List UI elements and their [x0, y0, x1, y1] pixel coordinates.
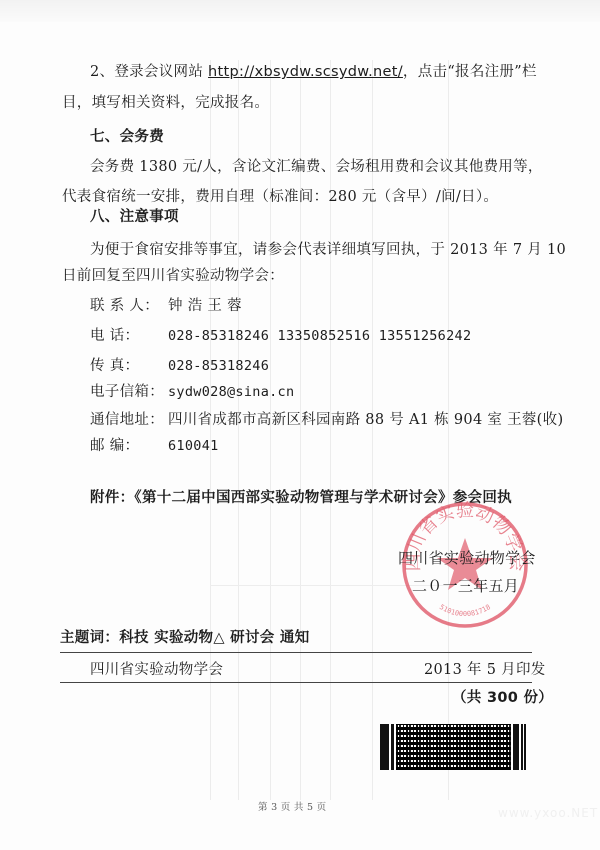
email-value: sydw028@sina.cn: [168, 384, 294, 400]
notes-line-2: 日前回复至四川省实验动物学会：: [62, 266, 284, 286]
seal-serial: 5101000081718: [438, 603, 492, 618]
register-suffix: ，点击“报名注册”栏: [403, 64, 537, 80]
address-label: 通信地址：: [90, 410, 168, 430]
fee-line-2: 代表食宿统一安排，费用自理（标准间：280 元（含早）/间/日）。: [62, 187, 498, 207]
postcode-value: 610041: [168, 438, 219, 454]
section-fee-heading: 七、会务费: [90, 127, 164, 147]
fax-value: 028-85318246: [168, 358, 269, 374]
page-indicator: 第 3 页 共 5 页: [258, 798, 327, 818]
contact-phone: 电 话：028-85318246 13350852516 13551256242: [90, 326, 471, 346]
section-notes-heading: 八、注意事项: [90, 207, 179, 227]
register-continuation: 目，填写相关资料，完成报名。: [62, 93, 269, 113]
contact-value: 钟 浩 王 蓉: [168, 298, 242, 314]
contact-postcode: 邮 编：610041: [90, 436, 219, 456]
conference-website-link[interactable]: http://xbsydw.scsydw.net/: [208, 64, 403, 80]
signature-organization: 四川省实验动物学会: [398, 548, 536, 568]
register-prefix: 2、登录会议网站: [90, 64, 208, 80]
fee-line-1: 会务费 1380 元/人，含论文汇编费、会场租用费和会议其他费用等，: [90, 157, 543, 177]
copies-count: （共 300 份）: [452, 688, 553, 708]
issue-date: 2013 年 5 月印发: [424, 660, 546, 680]
subject-keywords: 主题词：科技 实验动物△ 研讨会 通知: [60, 628, 310, 648]
address-value: 四川省成都市高新区科园南路 88 号 A1 栋 904 室 王蓉(收): [168, 412, 563, 428]
register-line: 2、登录会议网站 http://xbsydw.scsydw.net/，点击“报名…: [90, 62, 537, 82]
contact-address: 通信地址：四川省成都市高新区科园南路 88 号 A1 栋 904 室 王蓉(收): [90, 410, 563, 430]
scan-top-band: [0, 0, 600, 22]
contact-label: 联 系 人：: [90, 296, 168, 316]
postcode-label: 邮 编：: [90, 436, 168, 456]
phone-label: 电 话：: [90, 326, 168, 346]
svg-text:5101000081718: 5101000081718: [438, 603, 492, 618]
contact-fax: 传 真：028-85318246: [90, 356, 269, 376]
fax-label: 传 真：: [90, 356, 168, 376]
issuer: 四川省实验动物学会: [90, 660, 223, 680]
signature-date: 二０一三年五月: [412, 576, 519, 596]
footer-rule-bottom: [60, 682, 532, 683]
contact-person: 联 系 人：钟 浩 王 蓉: [90, 296, 242, 316]
site-watermark: www.yxoo.NET: [498, 806, 598, 820]
notes-line-1: 为便于食宿安排等事宜，请参会代表详细填写回执，于 2013 年 7 月 10: [90, 240, 566, 260]
footer-rule-top: [60, 652, 532, 653]
pdf417-barcode-icon: [380, 724, 526, 770]
email-label: 电子信箱：: [90, 382, 168, 402]
contact-email: 电子信箱：sydw028@sina.cn: [90, 382, 294, 402]
phone-value: 028-85318246 13350852516 13551256242: [168, 328, 471, 344]
